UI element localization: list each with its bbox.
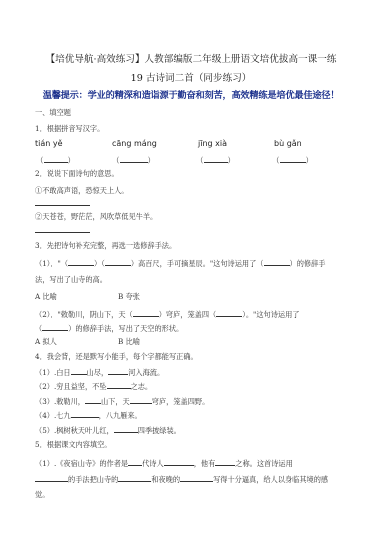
q3-prompt: 3．先把诗句补充完整，再选一选修辞手法。 xyxy=(35,241,176,251)
q3-sub2-line1: （2）．"敕勒川，阴山下，天（）穹庐，笼盖四（）。"这句诗运用了 xyxy=(35,309,299,320)
q4-blank[interactable] xyxy=(108,367,128,375)
q2-answer-line-1[interactable] xyxy=(35,205,90,206)
q5-blank[interactable] xyxy=(180,474,213,482)
q4-blank[interactable] xyxy=(71,367,87,375)
q3-blank-4[interactable] xyxy=(133,309,159,317)
q3-sub2-option-b[interactable]: B 比喻 xyxy=(118,337,140,347)
q5-blank[interactable] xyxy=(128,458,142,466)
pinyin-4: bù gǎn xyxy=(274,139,302,148)
q4-item-3: （3）.敕勒川，山下，天穹庐，笼盖四野。 xyxy=(35,396,209,407)
q1-prompt: 1．根据拼音写汉字。 xyxy=(35,124,104,134)
q3-sub2-line2: （）的修辞手法，写出了天空的形状。 xyxy=(35,323,183,334)
document-title: 【培优导航·高效练习】人教部编版二年级上册语文培优拔高一课一练 xyxy=(0,51,382,65)
answer-box-2[interactable]: （） xyxy=(112,155,155,166)
q4-item-4: （4）.七九，八九雁来。 xyxy=(35,410,142,421)
q2-item-1: ①不敢高声语，恐惊天上人。 xyxy=(35,186,128,196)
answer-box-4[interactable]: （） xyxy=(272,155,313,166)
q2-prompt: 2．说说下面诗句的意思。 xyxy=(35,169,119,179)
q5-blank[interactable] xyxy=(118,474,151,482)
answer-box-1[interactable]: （） xyxy=(36,155,75,166)
q3-blank-5[interactable] xyxy=(216,309,242,317)
q2-answer-line-2[interactable] xyxy=(35,232,90,233)
q4-item-2: （2）.穷且益坚，不坠之志。 xyxy=(35,381,152,392)
q3-blank-3[interactable] xyxy=(264,258,290,266)
q5-blank[interactable] xyxy=(35,474,68,482)
answer-box-3[interactable]: （） xyxy=(196,155,235,166)
q4-blank[interactable] xyxy=(130,396,152,404)
q4-blank[interactable] xyxy=(107,381,131,389)
q4-item-5: （5）.枫树秋天叶儿红，四季披绿装。 xyxy=(35,425,181,436)
section-heading: 一、填空题 xyxy=(35,108,71,118)
q3-sub1-line1: （1）．"（）（）高百尺，手可摘星辰。"这句诗运用了（）的修辞手 xyxy=(35,258,325,269)
pinyin-3: jīng xià xyxy=(198,139,227,148)
q4-blank[interactable] xyxy=(114,425,138,433)
q3-blank-6[interactable] xyxy=(42,323,68,331)
pinyin-2: cāng máng xyxy=(112,139,157,148)
q5-blank[interactable] xyxy=(215,458,235,466)
q3-sub1-line2: 法，写出了山寺的高。 xyxy=(35,275,107,285)
q5-blank[interactable] xyxy=(164,458,194,466)
q4-blank[interactable] xyxy=(85,396,101,404)
hint-banner: 温馨提示：学业的精深和造诣源于勤奋和刻苦，高效精练是培优最佳途径！ xyxy=(0,87,382,101)
q3-sub1-option-b[interactable]: B 夸张 xyxy=(118,292,140,302)
q2-item-2: ②天苍苍，野茫茫，风吹草低见牛羊。 xyxy=(35,212,157,222)
q3-blank-1[interactable] xyxy=(68,258,94,266)
q5-line-1: （1）.《夜宿山寺》的作者是代诗人，他有之称。这首诗运用 xyxy=(35,458,293,469)
pinyin-1: tián yě xyxy=(35,139,63,148)
q5-line-2: 的手法把山寺的和夜晚的写得十分逼真，给人以身临其境的感 xyxy=(35,474,328,485)
q4-item-1: （1）.白日山尽，河入海流。 xyxy=(35,367,164,378)
q3-blank-2[interactable] xyxy=(105,258,131,266)
q3-sub1-option-a[interactable]: A 比喻 xyxy=(35,292,57,302)
document-subtitle: 19 古诗词二首（同步练习） xyxy=(0,70,382,84)
q5-prompt: 5．根据课文内容填空。 xyxy=(35,440,111,450)
q4-blank[interactable] xyxy=(71,410,99,418)
q5-line-3: 觉。 xyxy=(35,490,49,500)
q4-prompt: 4．我会背，还是默写小能手，每个字都能写正确。 xyxy=(35,352,198,362)
q3-sub2-option-a[interactable]: A 拟人 xyxy=(35,337,57,347)
